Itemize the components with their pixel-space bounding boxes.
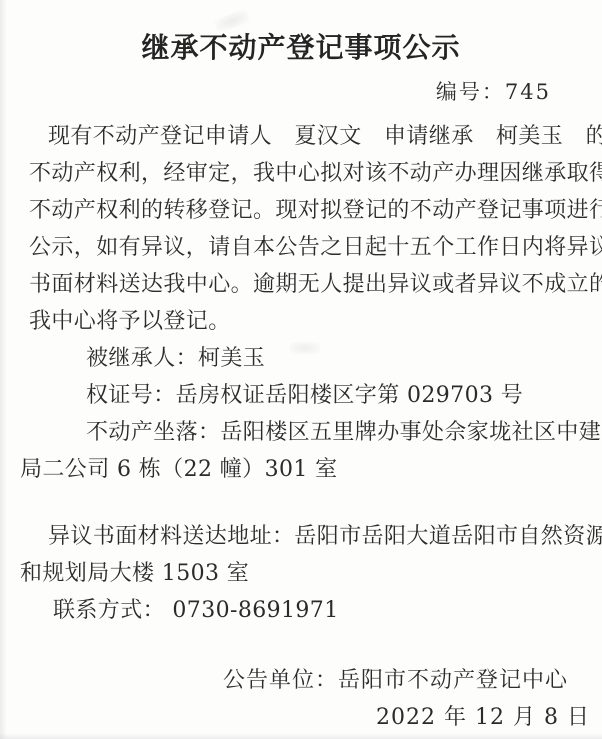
body-line: 现有不动产登记申请人 夏汉文 申请继承 柯美玉 的 (29, 118, 573, 155)
property-location-line-1: 不动产坐落：岳阳楼区五里牌办事处佘家垅社区中建五 (29, 414, 573, 451)
body-line: 公示，如有异议，请自本公告之日起十五个工作日内将异议 (29, 229, 573, 266)
objection-address-line-2: 和规划局大楼 1503 室 (20, 555, 573, 592)
notice-title: 继承不动产登记事项公示 (29, 30, 573, 66)
scan-edge-shadow-left (0, 0, 7, 739)
body-line: 不动产权利的转移登记。现对拟登记的不动产登记事项进行 (29, 192, 573, 229)
contact-phone-line: 联系方式： 0730-8691971 (29, 592, 573, 629)
objection-address-line-1: 异议书面材料送达地址：岳阳市岳阳大道岳阳市自然资源 (29, 518, 573, 555)
scanned-notice-page: 继承不动产登记事项公示 编号：745 现有不动产登记申请人 夏汉文 申请继承 柯… (0, 0, 602, 739)
notice-date-line: 2022 年 12 月 8 日 (29, 699, 590, 736)
body-line: 我中心将予以登记。 (29, 303, 573, 340)
doc-number: 编号：745 (29, 79, 573, 106)
certificate-number-line: 权证号：岳房权证岳阳楼区字第 029703 号 (29, 377, 573, 414)
property-location-line-2: 局二公司 6 栋（22 幢）301 室 (20, 451, 573, 488)
notice-body: 现有不动产登记申请人 夏汉文 申请继承 柯美玉 的 不动产权利，经审定，我中心拟… (29, 118, 573, 736)
body-line: 书面材料送达我中心。逾期无人提出异议或者异议不成立的， (29, 266, 573, 303)
body-line: 不动产权利，经审定，我中心拟对该不动产办理因继承取得 (29, 155, 573, 192)
issuing-unit-line: 公告单位：岳阳市不动产登记中心 (29, 662, 573, 699)
decedent-line: 被继承人：柯美玉 (29, 340, 573, 377)
notice-content: 继承不动产登记事项公示 编号：745 现有不动产登记申请人 夏汉文 申请继承 柯… (29, 0, 573, 736)
